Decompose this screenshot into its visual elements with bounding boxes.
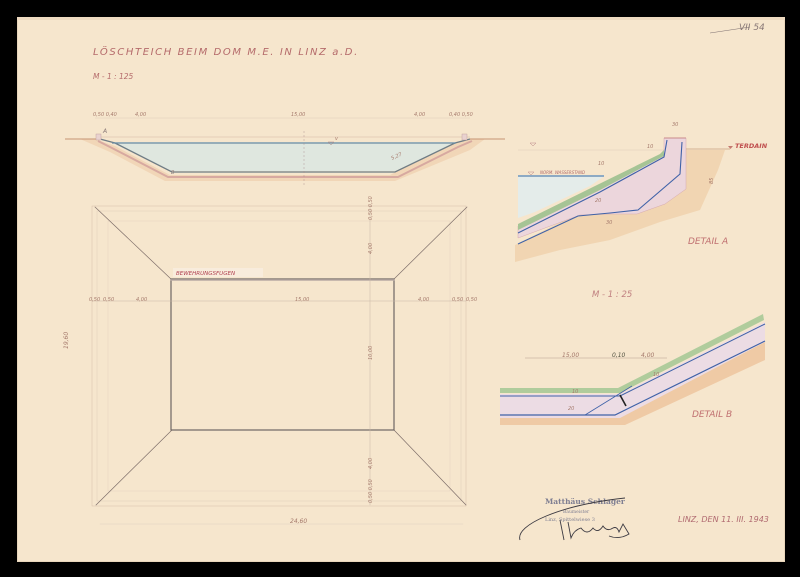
cross-section: A B 5,27 v 0,50 0,40 4,00 15,00 4,00 0,4… xyxy=(65,112,505,187)
plan-dim-h2: 4,00 xyxy=(136,297,147,303)
detail-a-label: DETAIL A xyxy=(688,237,728,247)
main-scale: M - 1 : 125 xyxy=(93,72,134,81)
dim-top-2: 15,00 xyxy=(291,112,305,118)
plan-dim-v3: 4,00 xyxy=(368,458,374,469)
plan-dim-h5: 0,50 xyxy=(452,297,463,303)
plan-note: BEWEHRUNGSFUGEN xyxy=(176,271,235,277)
stamp-title: Baumeister xyxy=(563,509,590,515)
plan-overall-width: 24,60 xyxy=(290,518,307,525)
title-block: Matthäus Schlager Baumeister Linz, Spitt… xyxy=(520,497,769,540)
detail-b-dim2: 4,00 xyxy=(641,352,655,359)
plan-dim-v1: 4,00 xyxy=(368,243,374,254)
detail-a-dim5: 85 xyxy=(709,178,715,184)
detail-a-dim0: 30 xyxy=(672,122,678,128)
dim-top-4: 0,40 0,50 xyxy=(449,112,473,118)
dim-top-0: 0,50 0,40 xyxy=(93,112,117,118)
plan-dim-v2: 10,00 xyxy=(368,346,374,360)
plan-dim-h3: 15,00 xyxy=(295,297,309,303)
label-a: A xyxy=(102,128,107,135)
plan-dim-v4: 0,50 0,50 xyxy=(368,479,374,503)
sheet-title: LÖSCHTEICH BEIM DOM M.E. IN LINZ a.D. xyxy=(93,45,359,58)
label-b: B xyxy=(171,170,175,176)
plan-dim-h1: 0,50 xyxy=(103,297,114,303)
detail-b-dim3: 10 xyxy=(572,389,578,395)
dim-top-1: 4,00 xyxy=(135,112,146,118)
detail-b-label: DETAIL B xyxy=(692,410,732,420)
plan-view: BEWEHRUNGSFUGEN 0,50 0,50 4,00 15,00 4,0… xyxy=(63,196,477,525)
plan-dim-h6: 0,50 xyxy=(466,297,477,303)
detail-scale: M - 1 : 25 xyxy=(592,290,632,300)
plan-dim-v0: 0,50 0,50 xyxy=(368,196,374,220)
dim-top-3: 4,00 xyxy=(414,112,425,118)
terrain-label: TERDAIN xyxy=(735,142,768,150)
detail-b-dim4: 10 xyxy=(653,372,659,378)
technical-drawing: VII 54 LÖSCHTEICH BEIM DOM M.E. IN LINZ … xyxy=(0,0,800,577)
stamp-address: Linz, Spittelwiese 3 xyxy=(545,517,595,523)
detail-b-dim0: 15,00 xyxy=(562,352,579,359)
detail-a-dim1: 10 xyxy=(647,144,653,150)
detail-a-dim2: 10 xyxy=(598,161,604,167)
detail-a-dim3: 20 xyxy=(595,198,601,204)
detail-b-dim5: 20 xyxy=(568,406,574,412)
detail-a: TERDAIN NORM. WASSERSTAND 30 10 10 20 30… xyxy=(515,122,768,262)
place-date: LINZ, DEN 11. III. 1943 xyxy=(678,515,769,524)
plan-dim-h4: 4,00 xyxy=(418,297,429,303)
plan-dim-h0: 0,50 xyxy=(89,297,100,303)
detail-b: 15,00 0,10 4,00 10 10 20 DETAIL B xyxy=(500,314,765,425)
water-level-label: NORM. WASSERSTAND xyxy=(540,170,585,175)
detail-a-dim4: 30 xyxy=(606,220,612,226)
plan-overall-height: 19,60 xyxy=(63,332,70,349)
detail-b-dim1: 0,10 xyxy=(612,352,626,359)
